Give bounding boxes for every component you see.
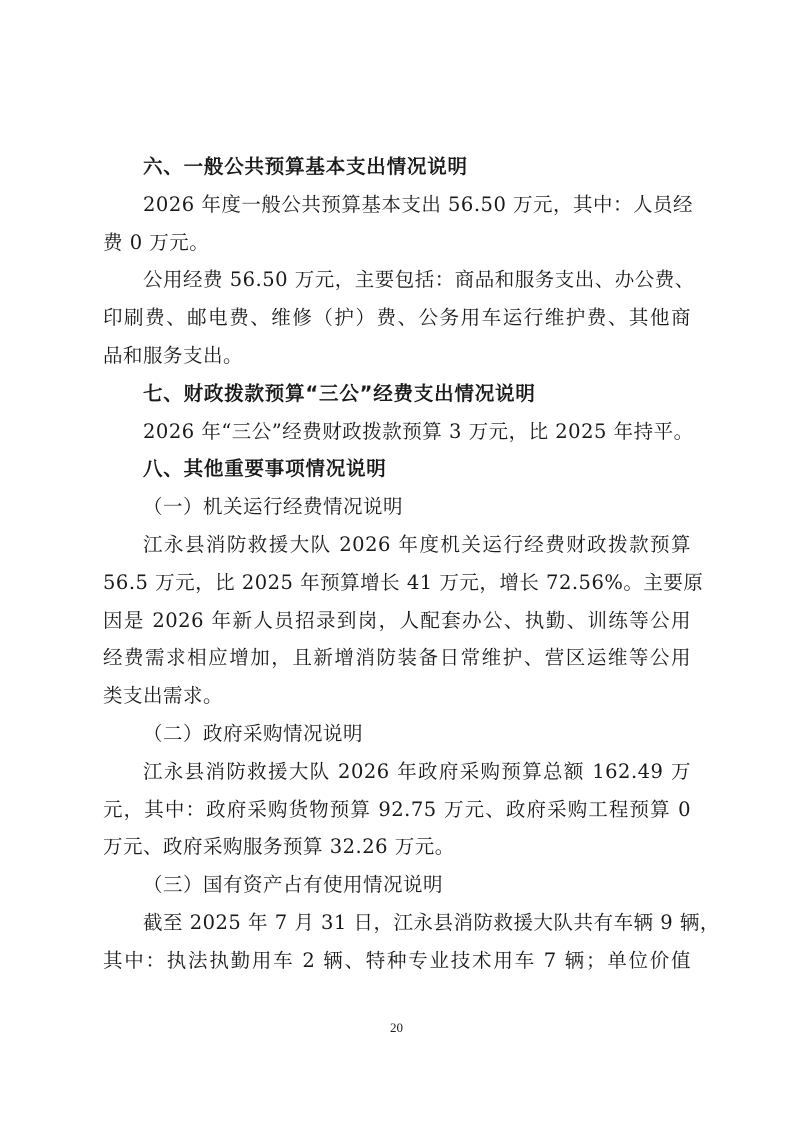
- paragraph-line: 类支出需求。: [103, 677, 691, 715]
- paragraph-line: 其中：执法执勤用车 2 辆、特种专业技术用车 7 辆；单位价值: [103, 942, 691, 980]
- paragraph-line: 江永县消防救援大队 2026 年政府采购预算总额 162.49 万: [103, 753, 691, 791]
- paragraph-line: 品和服务支出。: [103, 337, 691, 375]
- paragraph-line: 公用经费 56.50 万元，主要包括：商品和服务支出、办公费、: [103, 261, 691, 299]
- document-page-body: 六、一般公共预算基本支出情况说明 2026 年度一般公共预算基本支出 56.50…: [103, 148, 691, 980]
- paragraph-line: 2026 年度一般公共预算基本支出 56.50 万元，其中：人员经: [103, 186, 691, 224]
- paragraph-line: 印刷费、邮电费、维修（护）费、公务用车运行维护费、其他商: [103, 299, 691, 337]
- paragraph-line: 费 0 万元。: [103, 224, 691, 262]
- subsection-title-1: （一）机关运行经费情况说明: [103, 488, 691, 526]
- section-heading-6: 六、一般公共预算基本支出情况说明: [103, 148, 691, 186]
- paragraph-line: 因是 2026 年新人员招录到岗，人配套办公、执勤、训练等公用: [103, 602, 691, 640]
- paragraph-line: 元，其中：政府采购货物预算 92.75 万元、政府采购工程预算 0: [103, 791, 691, 829]
- subsection-title-2: （二）政府采购情况说明: [103, 715, 691, 753]
- paragraph-line: 2026 年“三公”经费财政拨款预算 3 万元，比 2025 年持平。: [103, 413, 691, 451]
- section-heading-8: 八、其他重要事项情况说明: [103, 450, 691, 488]
- paragraph-line: 截至 2025 年 7 月 31 日，江永县消防救援大队共有车辆 9 辆，: [103, 904, 691, 942]
- page-number: 20: [0, 1020, 793, 1036]
- paragraph-line: 万元、政府采购服务预算 32.26 万元。: [103, 828, 691, 866]
- subsection-title-3: （三）国有资产占有使用情况说明: [103, 866, 691, 904]
- paragraph-line: 经费需求相应增加，且新增消防装备日常维护、营区运维等公用: [103, 639, 691, 677]
- paragraph-line: 江永县消防救援大队 2026 年度机关运行经费财政拨款预算: [103, 526, 691, 564]
- section-heading-7: 七、财政拨款预算“三公”经费支出情况说明: [103, 375, 691, 413]
- paragraph-line: 56.5 万元，比 2025 年预算增长 41 万元，增长 72.56%。主要原: [103, 564, 691, 602]
